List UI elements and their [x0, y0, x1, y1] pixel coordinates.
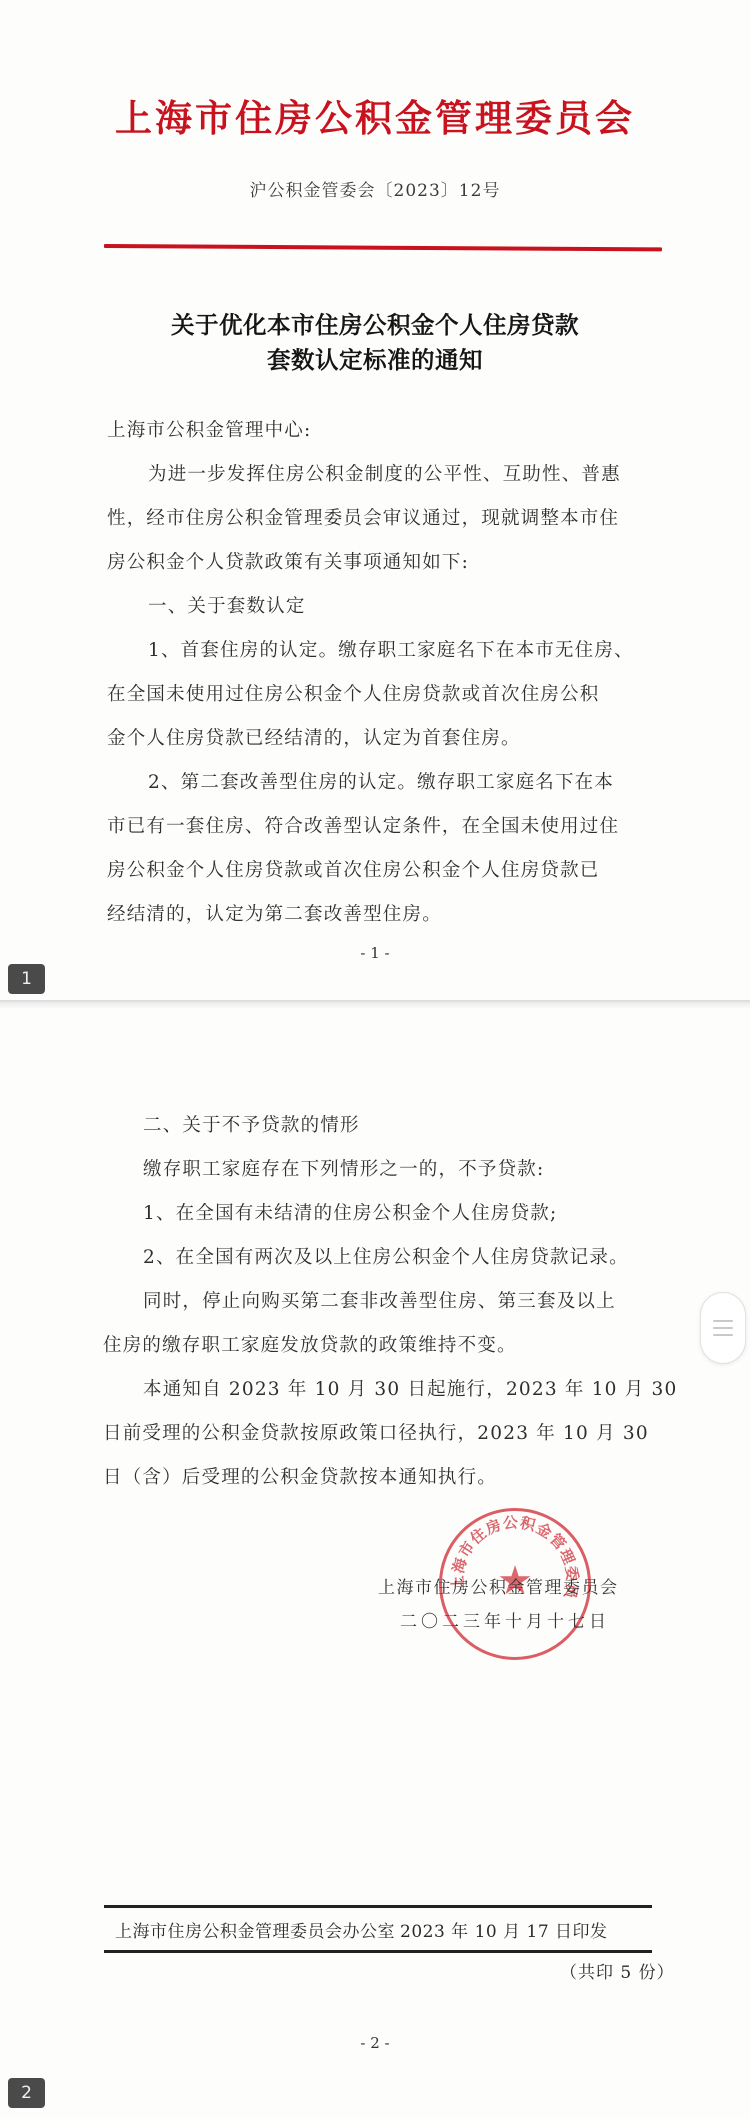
notice-title-line-2: 套数认定标准的通知: [0, 341, 750, 375]
grip-line-icon: [713, 1320, 733, 1322]
footer-issuer: 上海市住房公积金管理委员会办公室: [115, 1917, 395, 1942]
body-line: 房公积金个人住房贷款或首次住房公积金个人住房贷款已: [107, 856, 600, 882]
body-line: 性，经市住房公积金管理委员会审议通过，现就调整本市住: [107, 504, 619, 530]
addressee: 上海市公积金管理中心:: [107, 416, 311, 442]
body-line: 1、首套住房的认定。缴存职工家庭名下在本市无住房、: [148, 636, 634, 662]
footer-issue-date: 2023 年 10 月 17 日印发: [400, 1917, 608, 1942]
body-line: 为进一步发挥住房公积金制度的公平性、互助性、普惠: [148, 460, 621, 486]
red-header-rule: [104, 244, 662, 251]
page-divider: [0, 1000, 750, 1008]
page-number: - 1 -: [0, 944, 750, 962]
body-line: 房公积金个人贷款政策有关事项通知如下:: [107, 548, 469, 574]
body-line: 1、在全国有未结清的住房公积金个人住房贷款;: [143, 1199, 557, 1225]
print-copies: （共印 5 份）: [560, 1958, 675, 1983]
document-number: 沪公积金管委会〔2023〕12号: [0, 176, 750, 201]
body-line: 本通知自 2023 年 10 月 30 日起施行，2023 年 10 月 30: [143, 1375, 677, 1401]
body-line: 市已有一套住房、符合改善型认定条件，在全国未使用过住: [107, 812, 619, 838]
body-line: 在全国未使用过住房公积金个人住房贷款或首次住房公积: [107, 680, 600, 706]
body-line: 经结清的，认定为第二套改善型住房。: [107, 900, 442, 926]
body-line: 日（含）后受理的公积金贷款按本通知执行。: [103, 1463, 497, 1489]
footer-top-rule: [104, 1905, 652, 1908]
body-line: 日前受理的公积金贷款按原政策口径执行，2023 年 10 月 30: [103, 1419, 649, 1445]
body-line: 2、第二套改善型住房的认定。缴存职工家庭名下在本: [148, 768, 614, 794]
body-line: 住房的缴存职工家庭发放贷款的政策维持不变。: [103, 1331, 517, 1357]
signature-organization: 上海市住房公积金管理委员会: [378, 1573, 619, 1598]
signature-date: 二〇二三年十月十七日: [400, 1607, 610, 1632]
document-page-1: 上海市住房公积金管理委员会 沪公积金管委会〔2023〕12号 关于优化本市住房公…: [0, 0, 750, 1000]
body-line: 缴存职工家庭存在下列情形之一的，不予贷款:: [143, 1155, 544, 1181]
body-line: 金个人住房贷款已经结清的，认定为首套住房。: [107, 724, 521, 750]
scroll-handle[interactable]: [700, 1292, 746, 1364]
body-line: 2、在全国有两次及以上住房公积金个人住房贷款记录。: [143, 1243, 629, 1269]
page-badge: 1: [8, 964, 45, 994]
notice-title-line-1: 关于优化本市住房公积金个人住房贷款: [0, 306, 750, 340]
issuing-organization-title: 上海市住房公积金管理委员会: [0, 88, 750, 142]
footer-bottom-rule: [104, 1950, 652, 1953]
body-line: 同时，停止向购买第二套非改善型住房、第三套及以上: [143, 1287, 616, 1313]
page-badge: 2: [8, 2078, 45, 2108]
grip-line-icon: [713, 1334, 733, 1336]
page-number: - 2 -: [0, 2034, 750, 2052]
section-heading-2: 二、关于不予贷款的情形: [143, 1111, 360, 1137]
section-heading-1: 一、关于套数认定: [148, 592, 306, 618]
grip-line-icon: [713, 1327, 733, 1329]
